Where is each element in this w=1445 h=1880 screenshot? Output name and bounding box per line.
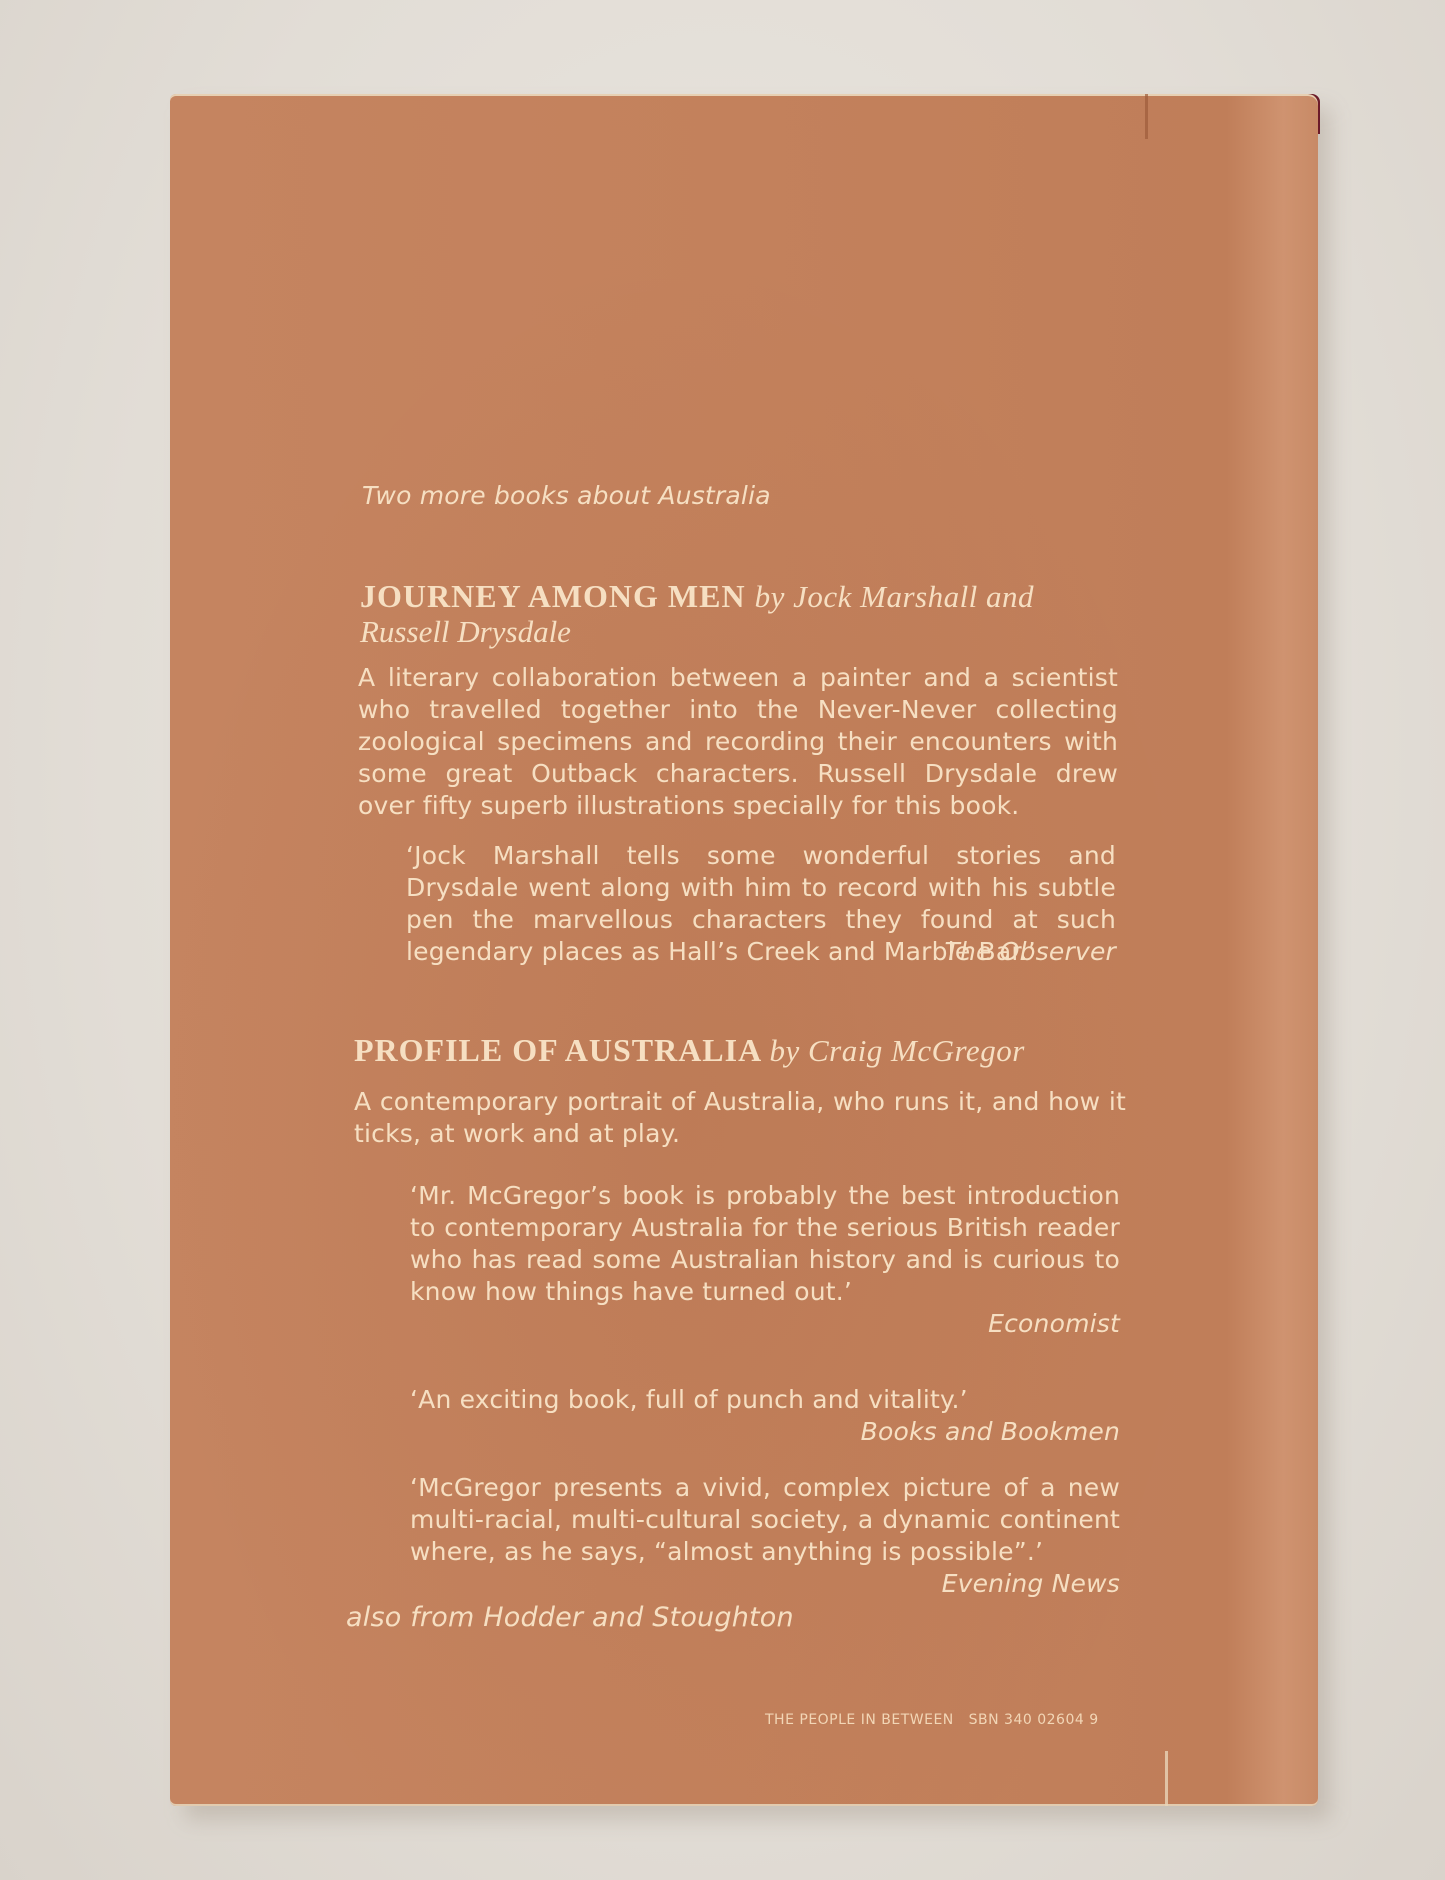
book-back-cover: Two more books about Australia JOURNEY A…	[170, 94, 1318, 1806]
book-description: A contemporary portrait of Australia, wh…	[354, 1086, 1126, 1150]
book-byline-continued: Russell Drysdale	[360, 614, 571, 650]
review-source: Evening News	[410, 1568, 1120, 1600]
review: ‘Mr. McGregor’s book is probably the bes…	[410, 1180, 1120, 1340]
book-title: PROFILE OF AUSTRALIA	[354, 1032, 760, 1068]
review: ‘An exciting book, full of punch and vit…	[410, 1384, 1120, 1448]
review-quote: ‘Mr. McGregor’s book is probably the bes…	[410, 1180, 1120, 1308]
review-quote: ‘McGregor presents a vivid, complex pict…	[410, 1472, 1120, 1568]
review: ‘McGregor presents a vivid, complex pict…	[410, 1472, 1120, 1600]
publisher-note: also from Hodder and Stoughton	[346, 1602, 794, 1634]
intro-text: Two more books about Australia	[362, 480, 771, 512]
review-source: Books and Bookmen	[410, 1416, 1120, 1448]
review-source: Economist	[410, 1308, 1120, 1340]
bottom-tear	[1165, 1751, 1168, 1806]
book-description: A literary collaboration between a paint…	[358, 662, 1118, 822]
review-quote: ‘An exciting book, full of punch and vit…	[410, 1384, 1120, 1416]
book-title-profile-of-australia: PROFILE OF AUSTRALIA by Craig McGregor	[354, 1032, 1154, 1069]
book-byline: by Craig McGregor	[769, 1033, 1024, 1068]
book-byline: by Jock Marshall and	[755, 579, 1034, 614]
top-tear	[1145, 94, 1148, 139]
sbn-footer: THE PEOPLE IN BETWEEN SBN 340 02604 9	[765, 1712, 1099, 1728]
review: ‘Jock Marshall tells some wonderful stor…	[406, 840, 1116, 968]
book-title-journey-among-men: JOURNEY AMONG MEN by Jock Marshall and	[360, 578, 1140, 615]
book-title: JOURNEY AMONG MEN	[360, 578, 746, 614]
